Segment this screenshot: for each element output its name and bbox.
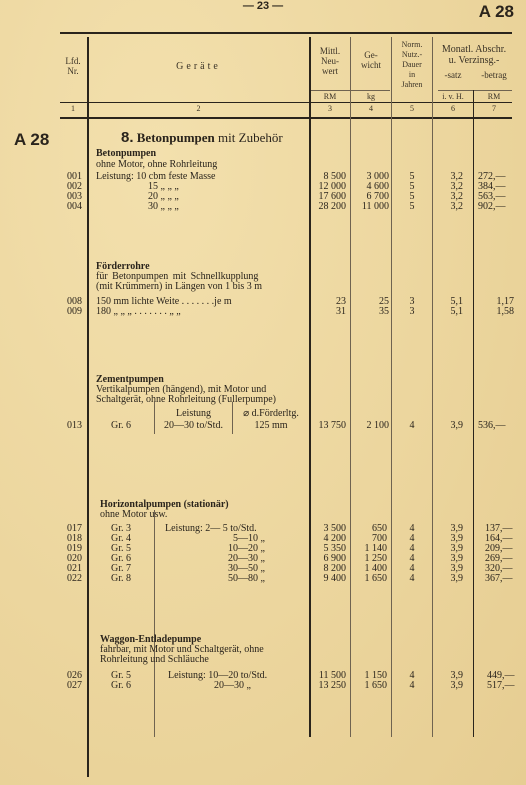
sub-header-rule [438,90,512,91]
header-gewicht: Ge-wicht [351,50,391,70]
gr-divider [154,510,155,737]
group-desc-line2: Rohrleitung und Schläuche [100,655,209,665]
colnum-6: 6 [433,104,473,113]
colnum-4: 4 [351,104,391,113]
colnum-2: 2 [88,104,309,113]
header-geraete: Geräte [88,62,309,72]
unit-rm-betrag: RM [474,92,514,102]
col-label-durchmesser: ⌀ d.Förderltg. [233,409,309,419]
table-top-rule [60,32,512,34]
header-betrag: -betrag [474,70,514,80]
unit-kg: kg [351,92,391,102]
colnum-7: 7 [474,104,514,113]
colnum-3: 3 [310,104,350,113]
side-code: A 28 [14,130,49,150]
col-divider-1 [87,37,89,777]
col-divider-3 [350,37,351,737]
col-divider-5 [432,37,433,737]
header-rule [60,102,512,103]
page-number: — 23 — [0,0,526,12]
group-desc-line2: (mit Krümmern) in Längen von 1 bis 3 m [96,282,262,292]
header-neuwert: Mittl.Neu-wert [310,46,350,76]
col-divider-6 [473,90,474,737]
colnum-rule [60,117,512,119]
col-divider-4 [391,37,392,737]
unit-ivh: i. v. H. [433,92,473,102]
col-label-leistung: Leistung [155,409,232,419]
section-title: 8. Betonpumpen mit Zubehör [121,130,283,146]
col-divider-2 [309,37,311,737]
colnum-5: 5 [392,104,432,113]
group-subtitle-horizontalpumpen: ohne Motor usw. [100,510,167,520]
group-desc-line2: Schaltgerät, ohne Rohrleitung (Fullerpum… [96,395,276,405]
header-abschreibung: Monatl. Abschr.u. Verzinsg.- [433,44,515,66]
header-satz: -satz [433,70,473,80]
colnum-1: 1 [58,104,88,113]
header-lfd-nr: Lfd.Nr. [58,56,88,76]
group-title-betonpumpen: Betonpumpen [96,149,156,159]
page-code: A 28 [479,2,514,22]
group-subtitle-betonpumpen: ohne Motor, ohne Rohrleitung [96,160,217,170]
header-nutzungsdauer: Norm.Nutz.-DauerinJahren [392,40,432,90]
unit-rm: RM [310,92,350,102]
